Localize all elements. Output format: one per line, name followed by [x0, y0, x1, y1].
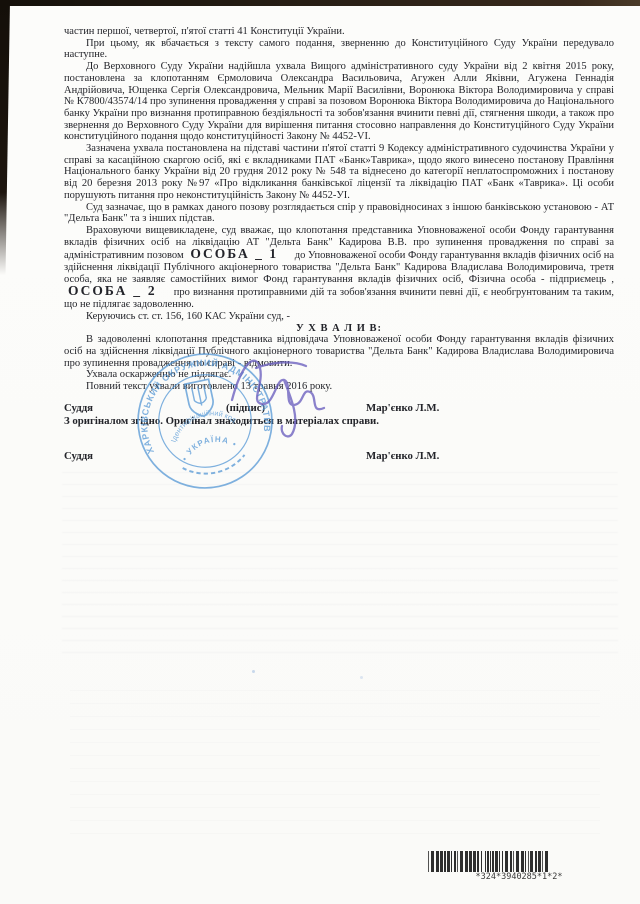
barcode-bar: [485, 851, 486, 872]
text-run: В задоволенні клопотання представника ві…: [64, 334, 614, 368]
barcode-value: *324*3940285*1*2*: [428, 872, 610, 882]
judge-label: Суддя: [64, 402, 226, 414]
person-placeholder: ОСОБА _ 1: [186, 246, 292, 261]
text-run: При цьому, як вбачається з тексту самого…: [64, 38, 614, 61]
heading-resolution: У Х В А Л И В:: [64, 323, 614, 335]
paragraph-full-text-date: Повний текст ухвали виготовлено 13 травн…: [64, 381, 614, 393]
person-placeholder: ОСОБА _ 2: [64, 283, 171, 298]
barcode-bar: [457, 851, 458, 872]
bleed-through-texture: [70, 690, 600, 840]
barcode-bar: [477, 851, 478, 872]
text-run: Керуючись ст. ст. 156, 160 КАС України с…: [86, 311, 290, 322]
paragraph-conclusion: Враховуючи вищевикладене, суд вважає, що…: [64, 225, 614, 311]
text-run: До Верховного Суду України надійшла ухва…: [64, 61, 614, 142]
paragraph-ruling: В задоволенні клопотання представника ві…: [64, 334, 614, 369]
barcode-bar: [535, 851, 536, 872]
ink-speck: [252, 670, 255, 673]
paragraph-intro: При цьому, як вбачається з тексту самого…: [64, 38, 614, 61]
barcode-bar: [516, 851, 519, 872]
barcode-bar: [428, 851, 429, 872]
barcode-bar: [499, 851, 500, 872]
barcode-bar: [542, 851, 543, 872]
spacer: [64, 427, 614, 450]
barcode-bar: [545, 851, 548, 872]
barcode-bar: [521, 851, 524, 872]
scan-edge-top: [0, 0, 640, 6]
barcode-bar: [460, 851, 463, 872]
barcode-bar: [447, 851, 450, 872]
barcode-bar: [495, 851, 498, 872]
barcode-bar: [492, 851, 493, 872]
barcode-bar: [481, 851, 482, 872]
text-run: У Х В А Л И В:: [296, 323, 382, 334]
barcode-bar: [490, 851, 491, 872]
judge-label: Суддя: [64, 450, 226, 462]
paragraph-constitution-ref: частин першої, четвертої, п'ятої статті …: [64, 26, 614, 38]
document-paragraphs: частин першої, четвертої, п'ятої статті …: [64, 26, 614, 393]
signature-row: СуддяМар'єнко Л.М.: [64, 450, 614, 462]
signature-note: [226, 450, 366, 462]
barcode-bar: [451, 851, 452, 872]
barcode-bar: [436, 851, 439, 872]
barcode-bar: [454, 851, 455, 872]
paragraph-legal-basis: Керуючись ст. ст. 156, 160 КАС України с…: [64, 311, 614, 323]
scanned-page: частин першої, четвертої, п'ятої статті …: [0, 0, 640, 904]
certification-line: З оригіналом згідно. Оригінал знаходитьс…: [64, 415, 614, 427]
barcode-bar: [440, 851, 443, 872]
barcode-bar: [487, 851, 488, 872]
scan-edge-left: [0, 0, 10, 275]
judge-name: Мар'єнко Л.М.: [366, 450, 614, 462]
text-run: Суд зазначає, що в рамках даного позову …: [64, 202, 614, 225]
barcode-bar: [538, 851, 541, 872]
barcode-bar: [528, 851, 529, 872]
text-run: Ухвала оскарженню не підлягає.: [86, 369, 231, 380]
barcode-bar: [513, 851, 514, 872]
barcode-bar: [465, 851, 468, 872]
barcode-bars: [428, 851, 610, 872]
signature-block: Суддя(підпис)Мар'єнко Л.М.З оригіналом з…: [64, 402, 614, 462]
barcode-bar: [473, 851, 476, 872]
barcode-bar: [444, 851, 445, 872]
signature-note: (підпис): [226, 402, 366, 414]
paragraph-tavrika: Зазначена ухвала постановлена на підстав…: [64, 143, 614, 202]
text-run: частин першої, четвертої, п'ятої статті …: [64, 26, 345, 37]
barcode-bar: [525, 851, 526, 872]
paragraph-no-appeal: Ухвала оскарженню не підлягає.: [64, 369, 614, 381]
barcode-bar: [431, 851, 434, 872]
bleed-through-texture: [62, 472, 618, 662]
barcode-bar: [502, 851, 503, 872]
barcode: *324*3940285*1*2*: [428, 851, 610, 882]
signature-row: Суддя(підпис)Мар'єнко Л.М.: [64, 402, 614, 414]
barcode-bar: [505, 851, 508, 872]
barcode-bar: [530, 851, 533, 872]
barcode-bar: [510, 851, 511, 872]
text-run: Повний текст ухвали виготовлено 13 травн…: [86, 381, 332, 392]
ink-speck: [360, 676, 363, 679]
barcode-bar: [469, 851, 472, 872]
judge-name: Мар'єнко Л.М.: [366, 402, 614, 414]
paragraph-supreme-court: До Верховного Суду України надійшла ухва…: [64, 61, 614, 143]
court-ruling-document: частин першої, четвертої, п'ятої статті …: [64, 26, 614, 462]
text-run: Зазначена ухвала постановлена на підстав…: [64, 143, 614, 201]
paragraph-court-notes: Суд зазначає, що в рамках даного позову …: [64, 202, 614, 225]
